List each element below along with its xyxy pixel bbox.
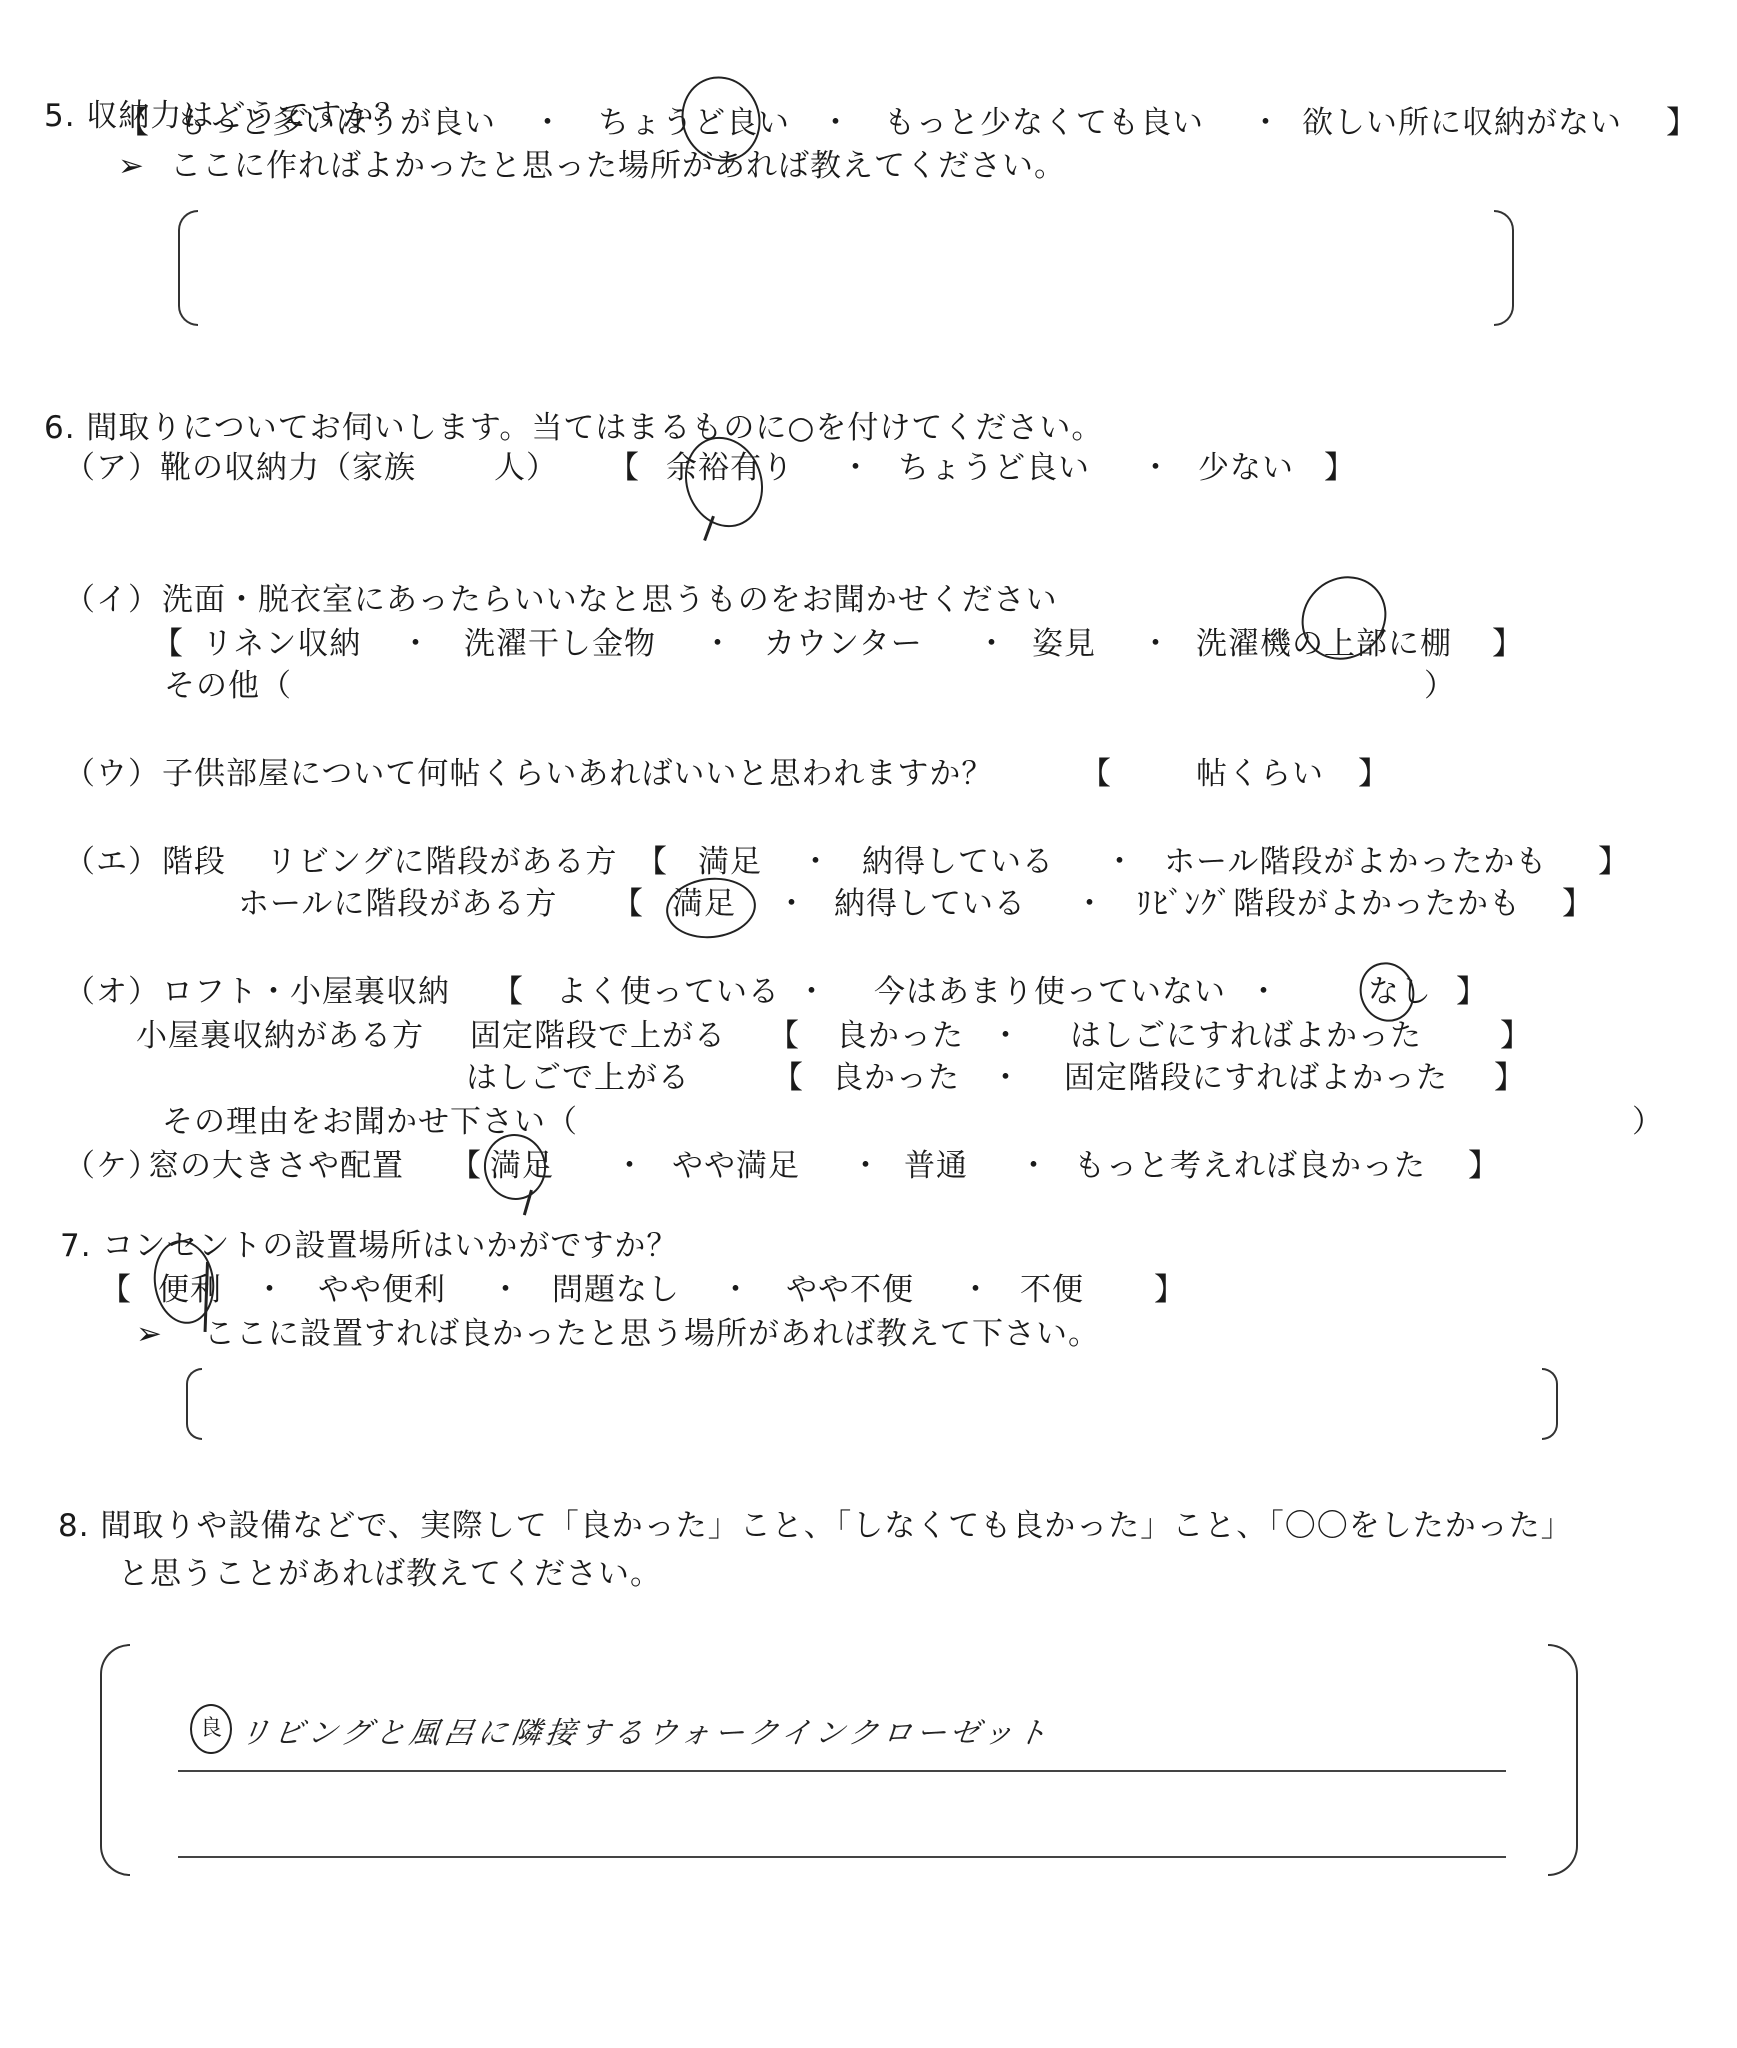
q6ke-option-1[interactable]: 満足 xyxy=(490,1146,554,1186)
bracket-close: 】 xyxy=(1492,624,1524,664)
separator: ・ xyxy=(254,1270,286,1310)
q6e-text: 階段 xyxy=(162,842,226,882)
q5-option-4[interactable]: 欲しい所に収納がない xyxy=(1302,103,1622,143)
q6e-row2-option-3[interactable]: ﾘﾋﾞﾝｸﾞ階段がよかったかも xyxy=(1136,884,1521,924)
bracket-open: 【 xyxy=(118,103,150,143)
q6a-option-2[interactable]: ちょうど良い xyxy=(898,448,1090,488)
separator: ・ xyxy=(820,103,852,143)
q6o-ladder-label: はしごで上がる xyxy=(466,1058,690,1098)
q6o-reason-close: ） xyxy=(1632,1102,1664,1142)
paren-right xyxy=(1548,1644,1578,1876)
separator: ・ xyxy=(702,624,734,664)
separator: ・ xyxy=(490,1270,522,1310)
bracket-open: 【 xyxy=(1080,754,1112,794)
bracket-close: 】 xyxy=(1358,754,1390,794)
bracket-open: 【 xyxy=(636,842,668,882)
q6o-sub-label: 小屋裏収納がある方 xyxy=(136,1016,424,1056)
separator: ・ xyxy=(720,1270,752,1310)
q6o-option-3[interactable]: なし xyxy=(1368,972,1432,1012)
q6e-row2-option-2[interactable]: 納得している xyxy=(834,884,1026,924)
bracket-close: 】 xyxy=(1468,1146,1500,1186)
q6-title: 6. 間取りについてお伺いします。当てはまるものに○を付けてください。 xyxy=(44,408,1103,448)
q7-option-2[interactable]: やや便利 xyxy=(318,1270,446,1310)
q6i-option-1[interactable]: リネン収納 xyxy=(202,624,361,664)
separator: ・ xyxy=(800,842,832,882)
q6u-label: （ウ） xyxy=(64,754,160,794)
separator: ・ xyxy=(990,1058,1022,1098)
bracket-close: 】 xyxy=(1154,1270,1186,1310)
q7-option-1[interactable]: 便利 xyxy=(158,1270,222,1310)
circle-tail xyxy=(703,516,714,541)
q7-option-4[interactable]: やや不便 xyxy=(786,1270,914,1310)
q6o-label: （オ） xyxy=(64,972,160,1012)
paren-right xyxy=(1494,210,1514,326)
q8-answer-box[interactable] xyxy=(100,1644,1578,1876)
q6ke-text: 窓の大きさや配置 xyxy=(148,1146,404,1186)
q5-prompt: ここに作ればよかったと思った場所があれば教えてください。 xyxy=(170,146,1066,186)
q6i-other-label: その他（ xyxy=(164,666,292,706)
separator: ・ xyxy=(1104,842,1136,882)
bracket-close: 】 xyxy=(1456,972,1488,1012)
bracket-open: 【 xyxy=(612,884,644,924)
paren-left xyxy=(178,210,198,326)
separator: ・ xyxy=(796,972,828,1012)
q6u-unit: 帖くらい xyxy=(1196,754,1324,794)
bracket-close: 】 xyxy=(1666,103,1698,143)
q5-option-3[interactable]: もっと少なくても良い xyxy=(884,103,1204,143)
q7-title: 7. コンセントの設置場所はいかがですか？ xyxy=(60,1226,678,1266)
q8-answer-line1[interactable]: リビングと風呂に隣接するウォークインクローゼット xyxy=(237,1708,1055,1752)
q6i-text: 洗面・脱衣室にあったらいいなと思うものをお聞かせください xyxy=(162,580,1058,620)
paren-left xyxy=(100,1644,130,1876)
q6a-option-3[interactable]: 少ない xyxy=(1198,448,1294,488)
q6i-label: （イ） xyxy=(64,580,160,620)
q6e-row2-option-1[interactable]: 満足 xyxy=(672,884,736,924)
separator: ・ xyxy=(976,624,1008,664)
q6o-fixed-label: 固定階段で上がる xyxy=(470,1016,726,1056)
q6o-option-1[interactable]: よく使っている xyxy=(556,972,780,1012)
bracket-open: 【 xyxy=(772,1058,804,1098)
q7-option-5[interactable]: 不便 xyxy=(1020,1270,1084,1310)
q6u-text: 子供部屋について何帖くらいあればいいと思われますか？ xyxy=(162,754,993,794)
q6i-option-5[interactable]: 洗濯機の上部に棚 xyxy=(1196,624,1452,664)
q5-option-2[interactable]: ちょうど良い xyxy=(598,103,790,143)
separator: ・ xyxy=(850,1146,882,1186)
bracket-close: 】 xyxy=(1324,448,1356,488)
bracket-close: 】 xyxy=(1500,1016,1532,1056)
q5-answer-box[interactable] xyxy=(178,210,1514,326)
separator: ・ xyxy=(614,1146,646,1186)
separator: ・ xyxy=(990,1016,1022,1056)
q6ke-label: （ケ） xyxy=(64,1146,160,1186)
paren-right xyxy=(1542,1368,1558,1440)
circle-tail xyxy=(523,1190,533,1216)
q6a-option-1[interactable]: 余裕有り xyxy=(666,448,794,488)
q6ke-option-4[interactable]: もっと考えれば良かった xyxy=(1074,1146,1426,1186)
separator: ・ xyxy=(1074,884,1106,924)
q6ke-option-2[interactable]: やや満足 xyxy=(672,1146,800,1186)
separator: ・ xyxy=(776,884,808,924)
bracket-open: 【 xyxy=(608,448,640,488)
bracket-close: 】 xyxy=(1598,842,1630,882)
q6e-row1-label: リビングに階段がある方 xyxy=(266,842,617,882)
q6ke-option-3[interactable]: 普通 xyxy=(904,1146,968,1186)
separator: ・ xyxy=(840,448,872,488)
bracket-open: 【 xyxy=(100,1270,132,1310)
q8-title-line2: と思うことがあれば教えてください。 xyxy=(118,1554,662,1594)
good-mark-icon: 良 xyxy=(190,1704,232,1754)
separator: ・ xyxy=(400,624,432,664)
separator: ・ xyxy=(1248,972,1280,1012)
answer-rule-2 xyxy=(178,1856,1506,1858)
bracket-close: 】 xyxy=(1494,1058,1526,1098)
q6a-unit: 人） xyxy=(494,448,558,488)
separator: ・ xyxy=(1140,624,1172,664)
q6o-fixed-option-2[interactable]: はしごにすればよかった xyxy=(1070,1016,1422,1056)
q6a-text: 靴の収納力（家族 xyxy=(160,448,416,488)
prompt-marker-icon: ➢ xyxy=(136,1314,163,1354)
q6e-label: （エ） xyxy=(64,842,160,882)
q6o-text: ロフト・小屋裏収納 xyxy=(162,972,450,1012)
q6e-row1-option-2[interactable]: 納得している xyxy=(862,842,1054,882)
q6o-ladder-option-1[interactable]: 良かった xyxy=(832,1058,960,1098)
q6e-row2-label: ホールに階段がある方 xyxy=(238,884,557,924)
q6e-row1-option-3[interactable]: ホール階段がよかったかも xyxy=(1164,842,1547,882)
q6o-reason-label: その理由をお聞かせ下さい（ xyxy=(162,1102,578,1142)
q6a-label: （ア） xyxy=(64,448,160,488)
q6i-other-close: ） xyxy=(1424,666,1456,706)
q5-option-1[interactable]: もっと多いほうが良い xyxy=(176,103,496,143)
q6e-row1-option-1[interactable]: 満足 xyxy=(698,842,762,882)
bracket-open: 【 xyxy=(152,624,184,664)
bracket-close: 】 xyxy=(1562,884,1594,924)
answer-rule-1 xyxy=(178,1770,1506,1772)
q7-answer-box[interactable] xyxy=(186,1368,1558,1440)
bracket-open: 【 xyxy=(768,1016,800,1056)
q6o-option-2[interactable]: 今はあまり使っていない xyxy=(874,972,1226,1012)
separator: ・ xyxy=(532,103,564,143)
q6i-option-3[interactable]: カウンター xyxy=(764,624,923,664)
separator: ・ xyxy=(1140,448,1172,488)
q6i-option-4[interactable]: 姿見 xyxy=(1032,624,1096,664)
q6i-option-2[interactable]: 洗濯干し金物 xyxy=(464,624,656,664)
q7-prompt: ここに設置すれば良かったと思う場所があれば教えて下さい。 xyxy=(204,1314,1100,1354)
separator: ・ xyxy=(1018,1146,1050,1186)
separator: ・ xyxy=(1250,103,1282,143)
q6o-fixed-option-1[interactable]: 良かった xyxy=(836,1016,964,1056)
separator: ・ xyxy=(960,1270,992,1310)
q7-option-3[interactable]: 問題なし xyxy=(552,1270,680,1310)
bracket-open: 【 xyxy=(492,972,524,1012)
bracket-open: 【 xyxy=(450,1146,482,1186)
q8-title-line1: 8. 間取りや設備などで、実際して「良かった」こと、「しなくても良かった」こと、… xyxy=(58,1506,1573,1546)
paren-left xyxy=(186,1368,202,1440)
prompt-marker-icon: ➢ xyxy=(118,146,145,186)
q6o-ladder-option-2[interactable]: 固定階段にすればよかった xyxy=(1064,1058,1448,1098)
